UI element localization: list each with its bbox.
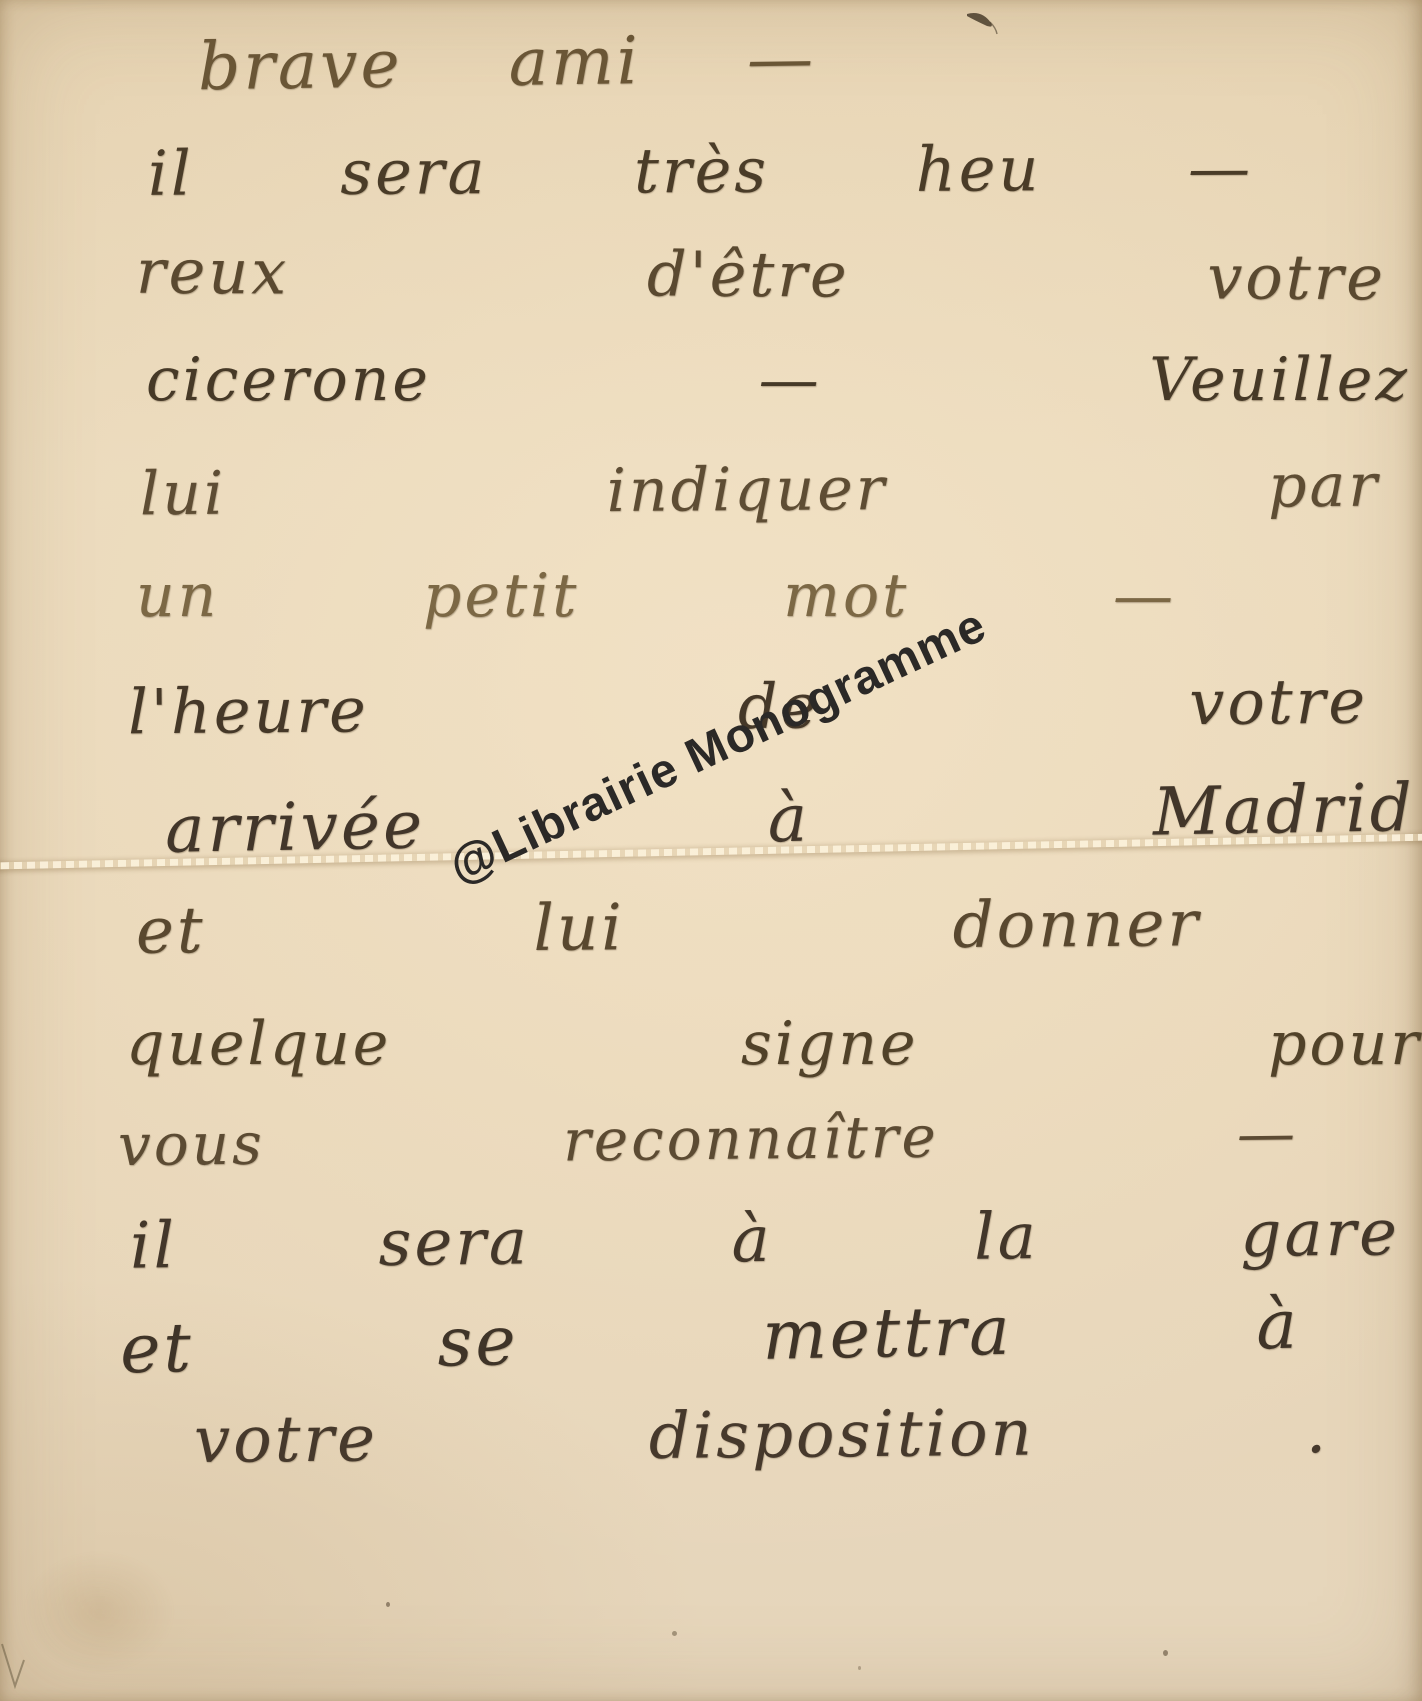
handwritten-line: et se mettra à — [119, 1292, 1300, 1385]
ink-speck — [1163, 1650, 1168, 1656]
ink-flick-mark — [962, 6, 1004, 50]
ink-flick-shape — [962, 6, 1004, 46]
handwritten-line: quelque signe pour — [126, 1014, 1422, 1074]
paper-stain — [24, 1552, 174, 1672]
handwritten-line: votre disposition . — [194, 1399, 1330, 1473]
handwritten-line: et lui donner — [136, 892, 1201, 963]
handwritten-line: brave ami — — [198, 26, 817, 101]
handwritten-line: lui indiquer par — [140, 456, 1380, 525]
ink-speck — [858, 1666, 861, 1670]
handwritten-line: il sera à la gare — [130, 1201, 1401, 1278]
ink-speck — [672, 1631, 677, 1636]
handwritten-line: un petit mot — — [136, 566, 1176, 626]
pencil-mark-shape — [0, 1642, 34, 1694]
pencil-mark — [0, 1642, 34, 1698]
ink-speck — [386, 1602, 390, 1607]
letter-page: brave ami — il sera très heu — reux d'êt… — [0, 0, 1422, 1701]
handwritten-line: il sera très heu — — [148, 137, 1253, 205]
handwritten-line: vous reconnaître — — [118, 1104, 1299, 1174]
handwritten-line: reux d'être votre — [136, 241, 1386, 310]
handwritten-line: cicerone — Veuillez — [146, 350, 1410, 410]
